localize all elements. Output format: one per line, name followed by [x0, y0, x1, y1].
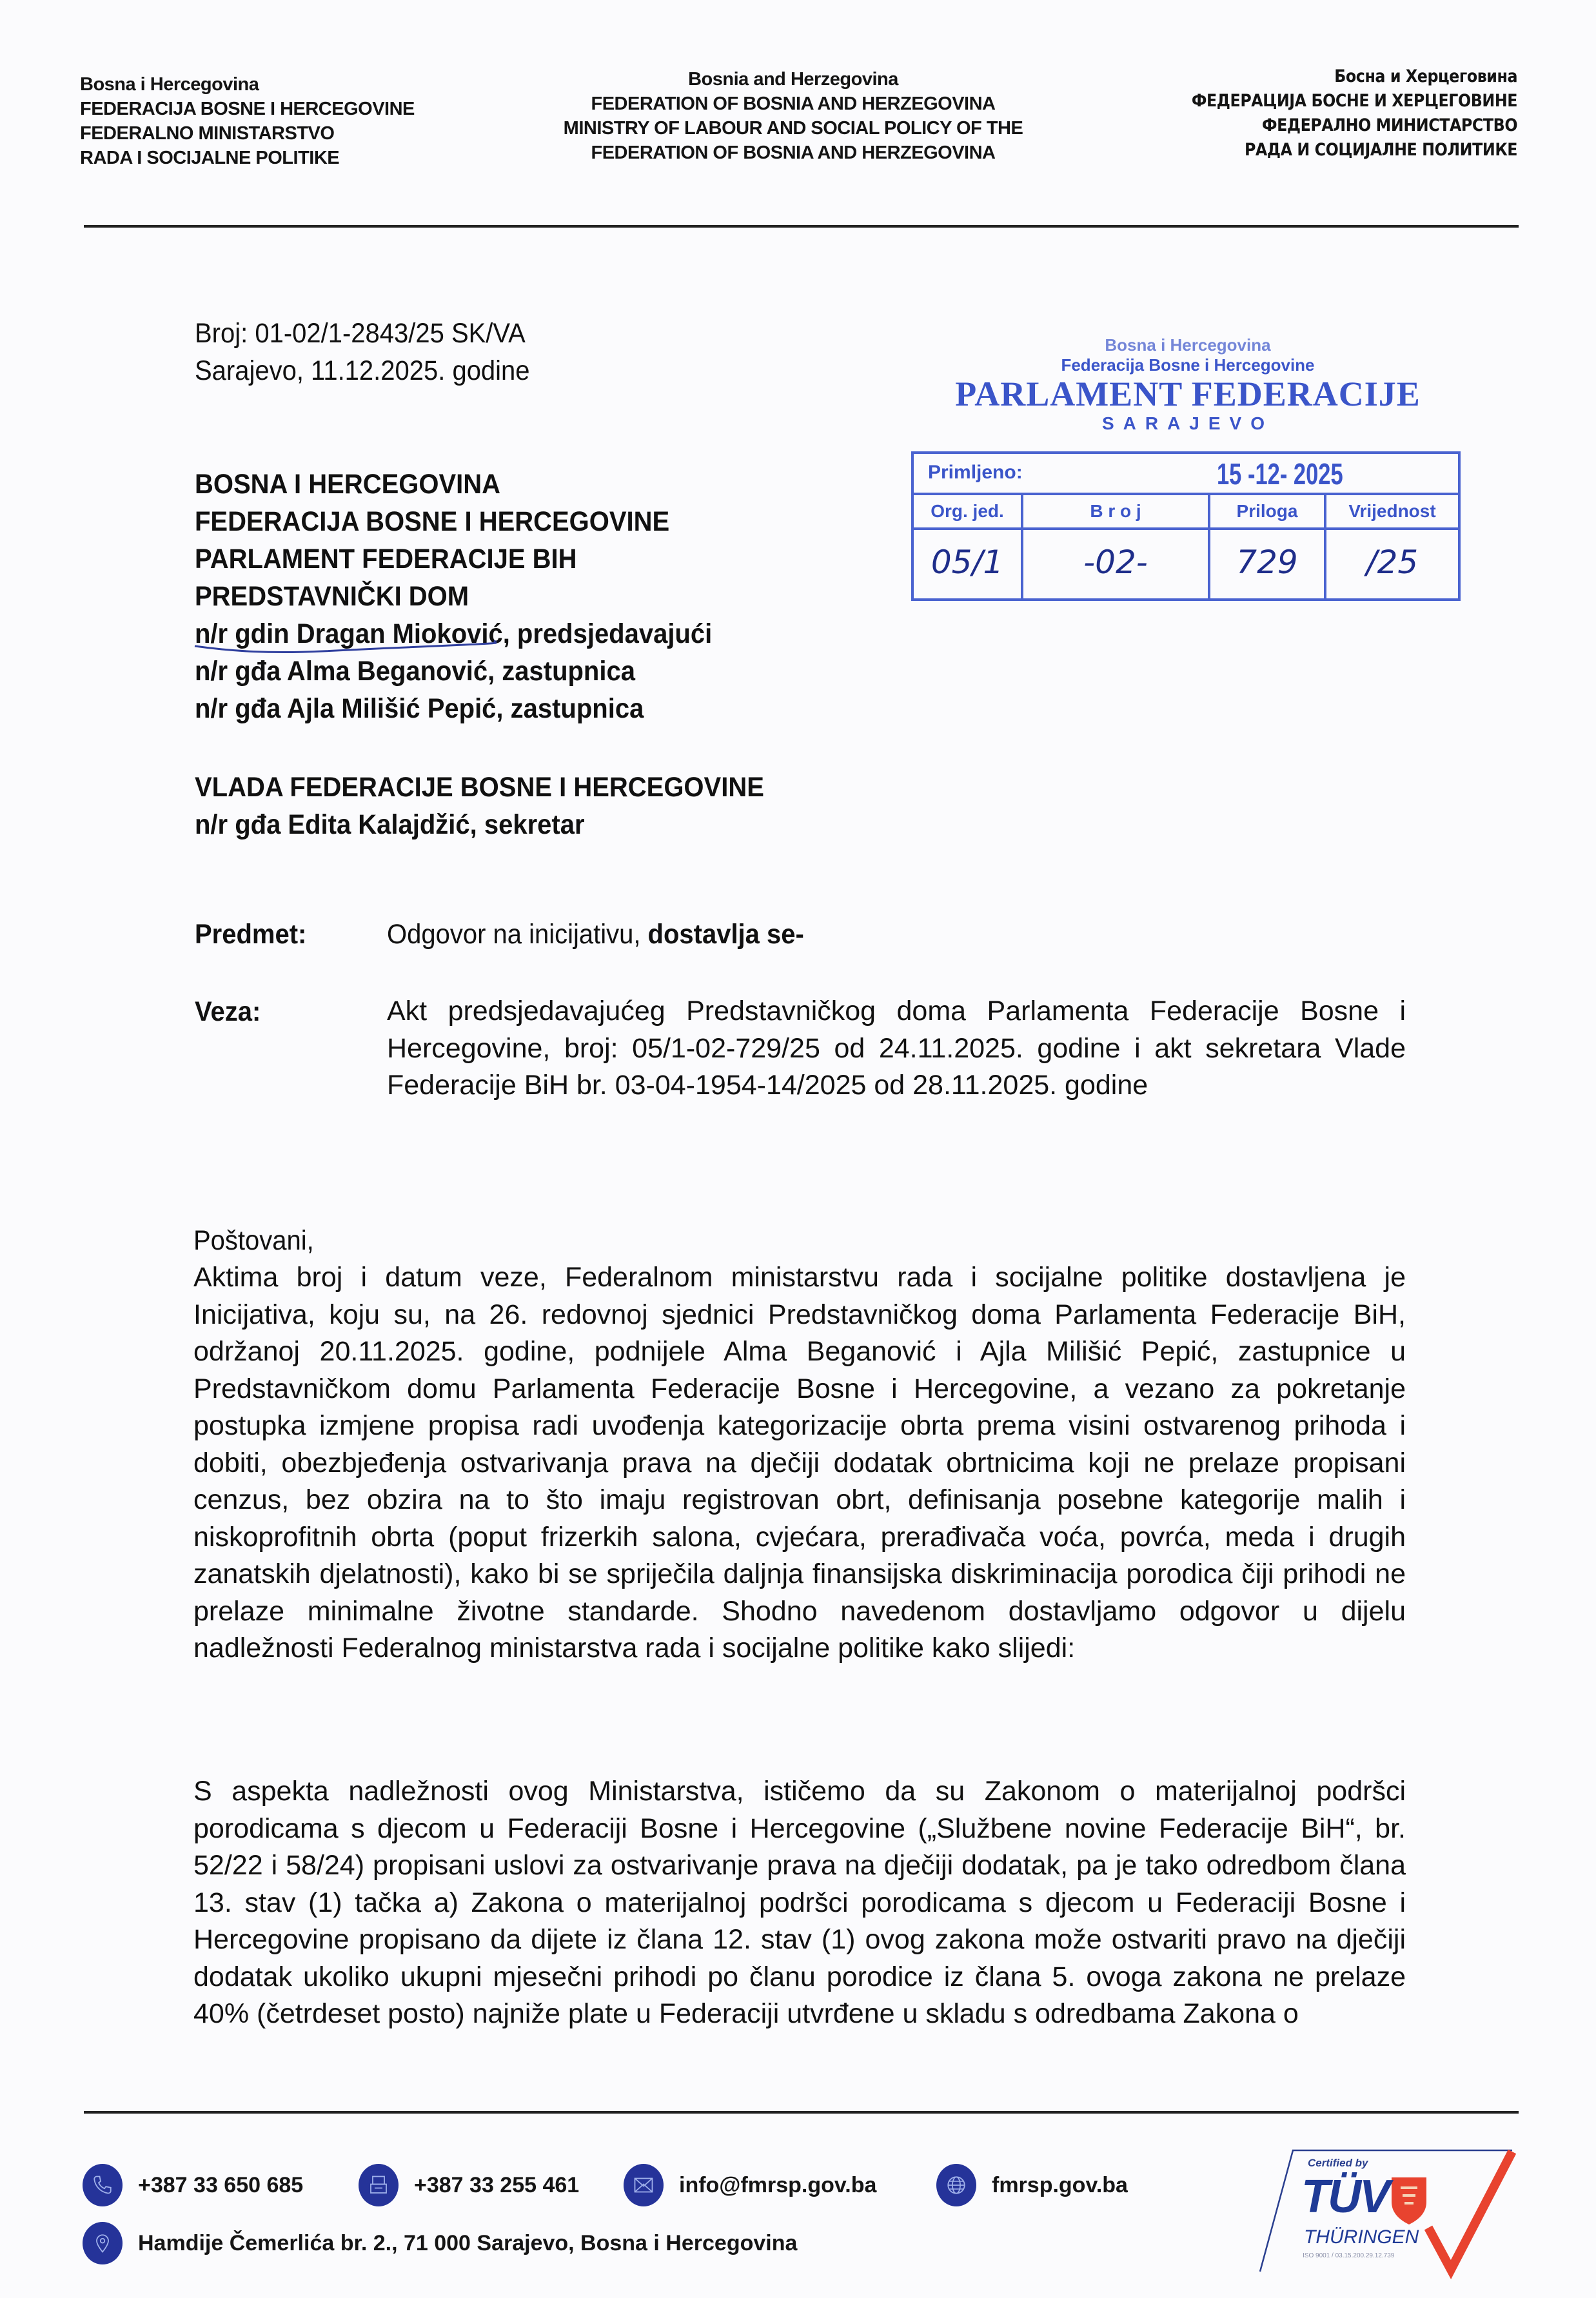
link-text: Akt predsjedavajućeg Predstavničkog doma… — [387, 993, 1406, 1105]
letterhead-right-line: РАДА И СОЦИЈАЛНЕ ПОЛИТИКЕ — [1192, 138, 1517, 162]
salutation: Poštovani, — [193, 1222, 314, 1259]
footer-email-text[interactable]: info@fmrsp.gov.ba — [679, 2173, 876, 2198]
footer-fax-text: +387 33 255 461 — [414, 2173, 579, 2198]
letterhead-left-line: Bosna i Hercegovina — [80, 72, 415, 97]
recipient-line: BOSNA I HERCEGOVINA — [195, 466, 712, 503]
recipient-block-government: VLADA FEDERACIJE BOSNE I HERCEGOVINE n/r… — [195, 769, 764, 843]
tuv-region: THÜRINGEN — [1304, 2226, 1419, 2248]
stamp-col-header: Org. jed. — [914, 495, 1021, 530]
recipient-block-parliament: BOSNA I HERCEGOVINA FEDERACIJA BOSNE I H… — [195, 466, 712, 727]
document-reference: Broj: 01-02/1-2843/25 SK/VA Sarajevo, 11… — [195, 315, 530, 389]
letterhead-center: Bosnia and Herzegovina FEDERATION OF BOS… — [503, 67, 1083, 165]
stamp-col-broj: B r o j -02- — [1023, 495, 1210, 598]
recipient-line: n/r gđa Alma Beganović, zastupnica — [195, 653, 712, 690]
stamp-received-date: 15 -12- 2025 — [1217, 457, 1343, 491]
body-paragraph-1: Aktima broj i datum veze, Federalnom min… — [193, 1259, 1406, 1667]
stamp-line-2: Federacija Bosne i Hercegovine — [911, 355, 1465, 375]
tuv-standard: ISO 9001 / 03.15.200.29.12.739 — [1303, 2252, 1394, 2259]
recipient-line: FEDERACIJA BOSNE I HERCEGOVINE — [195, 503, 712, 540]
received-stamp: Bosna i Hercegovina Federacija Bosne i H… — [911, 335, 1465, 435]
footer-address-text: Hamdije Čemerlića br. 2., 71 000 Sarajev… — [138, 2231, 797, 2256]
letterhead-right-line: Босна и Херцеговина — [1192, 64, 1517, 89]
footer-phone-text: +387 33 650 685 — [138, 2173, 303, 2198]
phone-icon — [83, 2164, 123, 2206]
recipient-line: VLADA FEDERACIJE BOSNE I HERCEGOVINE — [195, 769, 764, 806]
letterhead-left-line: RADA I SOCIJALNE POLITIKE — [80, 146, 415, 170]
letterhead-left-line: FEDERACIJA BOSNE I HERCEGOVINE — [80, 97, 415, 121]
letterhead-left-line: FEDERALNO MINISTARSTVO — [80, 121, 415, 146]
handwritten-underline — [193, 637, 497, 656]
letterhead-right-line: ФЕДЕРАЦИЈА БОСНЕ И ХЕРЦЕГОВИНЕ — [1192, 89, 1517, 113]
tuv-certification-logo: Certified by TÜV THÜRINGEN ISO 9001 / 03… — [1257, 2131, 1528, 2279]
letterhead-center-line: MINISTRY OF LABOUR AND SOCIAL POLICY OF … — [503, 116, 1083, 141]
tuv-certified-by: Certified by — [1308, 2157, 1368, 2170]
footer-website-text[interactable]: fmrsp.gov.ba — [992, 2173, 1128, 2198]
recipient-line: PREDSTAVNIČKI DOM — [195, 578, 712, 615]
subject-text: Odgovor na inicijativu, dostavlja se- — [387, 916, 804, 953]
stamp-registry-box: Primljeno: 15 -12- 2025 Org. jed. 05/1 B… — [911, 451, 1461, 601]
globe-icon — [936, 2164, 976, 2206]
footer-fax: +387 33 255 461 — [359, 2164, 579, 2206]
envelope-icon — [624, 2164, 664, 2206]
stamp-col-org: Org. jed. 05/1 — [914, 495, 1023, 598]
stamp-col-header: B r o j — [1023, 495, 1208, 530]
subject-text-regular: Odgovor na inicijativu, — [387, 919, 648, 950]
footer-email: info@fmrsp.gov.ba — [624, 2164, 876, 2206]
subject-text-bold: dostavlja se- — [648, 919, 804, 950]
stamp-col-header: Vrijednost — [1326, 495, 1458, 530]
stamp-line-1: Bosna i Hercegovina — [911, 335, 1465, 355]
stamp-col-value: 729 — [1210, 530, 1324, 594]
fax-icon — [359, 2164, 399, 2206]
recipient-line: n/r gđa Ajla Milišić Pepić, zastupnica — [195, 690, 712, 727]
link-label: Veza: — [195, 993, 261, 1030]
location-pin-icon — [83, 2222, 123, 2264]
letterhead-right: Босна и Херцеговина ФЕДЕРАЦИЈА БОСНЕ И Х… — [1192, 64, 1517, 162]
footer-address: Hamdije Čemerlića br. 2., 71 000 Sarajev… — [83, 2222, 797, 2264]
letterhead-right-line: ФЕДЕРАЛНО МИНИСТАРСТВО — [1192, 113, 1517, 138]
stamp-col-value: -02- — [1023, 530, 1208, 594]
stamp-col-priloga: Priloga 729 — [1210, 495, 1326, 598]
recipient-line: n/r gđa Edita Kalajdžić, sekretar — [195, 806, 764, 843]
stamp-received-row: Primljeno: 15 -12- 2025 — [914, 454, 1458, 495]
footer-phone: +387 33 650 685 — [83, 2164, 303, 2206]
letterhead-left: Bosna i Hercegovina FEDERACIJA BOSNE I H… — [80, 72, 415, 170]
stamp-received-label: Primljeno: — [928, 462, 1023, 484]
letterhead-center-line: FEDERATION OF BOSNIA AND HERZEGOVINA — [503, 141, 1083, 165]
footer-website: fmrsp.gov.ba — [936, 2164, 1128, 2206]
recipient-line: PARLAMENT FEDERACIJE BIH — [195, 540, 712, 578]
reference-place-date: Sarajevo, 11.12.2025. godine — [195, 352, 530, 389]
stamp-columns: Org. jed. 05/1 B r o j -02- Priloga 729 … — [914, 495, 1458, 598]
letterhead-center-line: Bosnia and Herzegovina — [503, 67, 1083, 92]
body-paragraph-2: S aspekta nadležnosti ovog Ministarstva,… — [193, 1773, 1406, 2033]
stamp-col-value: /25 — [1326, 530, 1458, 594]
subject-label: Predmet: — [195, 916, 306, 953]
stamp-col-header: Priloga — [1210, 495, 1324, 530]
letterhead-center-line: FEDERATION OF BOSNIA AND HERZEGOVINA — [503, 92, 1083, 116]
stamp-line-4: SARAJEVO — [911, 413, 1465, 435]
stamp-col-vrijednost: Vrijednost /25 — [1326, 495, 1458, 598]
reference-number: Broj: 01-02/1-2843/25 SK/VA — [195, 315, 530, 352]
stamp-col-value: 05/1 — [914, 530, 1021, 594]
footer-divider — [84, 2111, 1519, 2114]
header-divider — [84, 225, 1519, 228]
stamp-line-3: PARLAMENT FEDERACIJE — [911, 375, 1465, 413]
tuv-brand: TÜV — [1301, 2171, 1388, 2223]
